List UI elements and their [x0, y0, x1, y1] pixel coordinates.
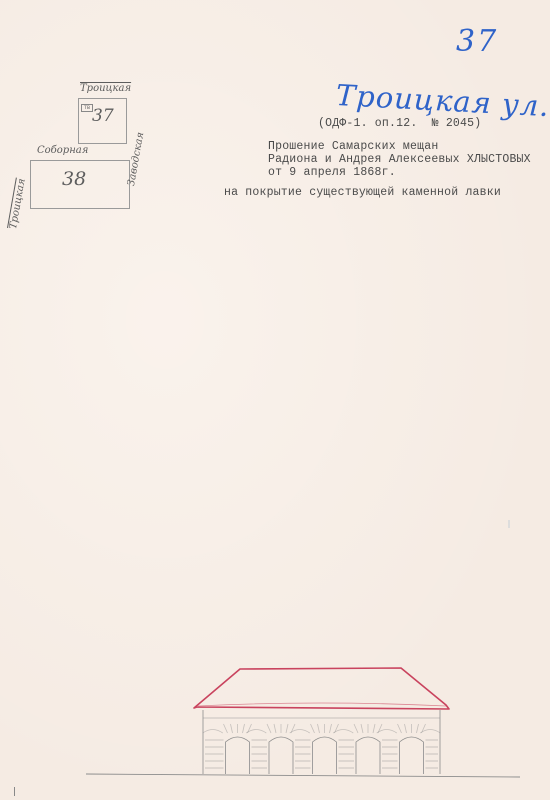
plot-38-top-street-label: Соборная	[37, 145, 88, 156]
petition-line-3: от 9 апреля 1868г.	[268, 166, 396, 179]
archival-document-page: 37 Троицкая ул. (ОДФ-1. оп.12. № 2045) П…	[0, 0, 550, 800]
plot-37-street-label: Троицкая	[80, 83, 131, 94]
petition-line-1: Прошение Самарских мещан	[268, 140, 438, 153]
folio-number: 37	[456, 24, 498, 59]
archive-reference: (ОДФ-1. оп.12. № 2045)	[318, 117, 481, 130]
margin-mark	[14, 787, 15, 796]
facade-pencil-lines	[86, 710, 520, 777]
petition-line-2: Радиона и Андрея Алексеевых ХЛЫСТОВЫХ	[268, 153, 531, 166]
purpose-line: на покрытие существующей каменной лавки	[224, 186, 501, 199]
plot-38-left-street-label: Троицкая	[8, 178, 28, 230]
plot-38-number: 38	[62, 168, 86, 190]
roof-outline	[194, 668, 449, 709]
plot-37-number: 37	[92, 106, 114, 126]
paper-blemish	[508, 520, 510, 528]
